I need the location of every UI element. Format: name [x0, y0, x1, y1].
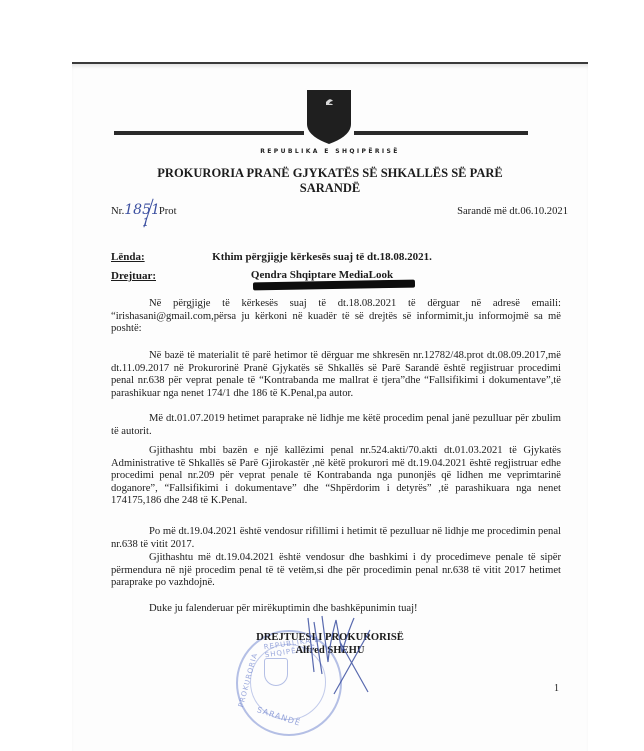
office-name: PROKURORIA PRANË GJYKATËS SË SHKALLËS SË… — [72, 166, 588, 181]
protocol-suffix: Prot — [159, 206, 177, 217]
body-paragraph: Në bazë të materialit të parë hetimor të… — [111, 350, 561, 400]
protocol-prefix: Nr. — [111, 206, 124, 217]
protocol-number: Nr.18511Prot — [111, 204, 177, 218]
office-city: SARANDË — [72, 181, 588, 196]
albanian-eagle-shield-icon — [305, 88, 353, 146]
handwritten-protocol-number: 18511 — [124, 204, 160, 216]
subject-value: Kthim përgjigje kërkesës suaj të dt.18.0… — [0, 251, 644, 263]
body-paragraph: Po më dt.19.04.2021 është vendosur rifil… — [111, 526, 561, 551]
office-heading: PROKURORIA PRANË GJYKATËS SË SHKALLËS SË… — [72, 166, 588, 196]
body-paragraph: Gjithashtu mbi bazën e një kallëzimi pen… — [111, 445, 561, 508]
republic-heading: REPUBLIKA E SHQIPËRISË — [72, 148, 588, 155]
body-paragraph: Në përgjigje të kërkesës suaj të dt.18.0… — [111, 298, 561, 336]
letterhead-rule-left — [114, 131, 304, 135]
body-paragraph: Gjithashtu më dt.19.04.2021 është vendos… — [111, 552, 561, 590]
handwritten-signature-icon — [300, 612, 390, 702]
letterhead-rule-right — [354, 131, 528, 135]
body-paragraph: Më dt.01.07.2019 hetimet paraprake në li… — [111, 413, 561, 438]
page-number: 1 — [554, 683, 559, 694]
place-date: Sarandë më dt.06.10.2021 — [457, 206, 568, 218]
addressee-name: Qendra Shqiptare MediaLook — [0, 269, 644, 281]
